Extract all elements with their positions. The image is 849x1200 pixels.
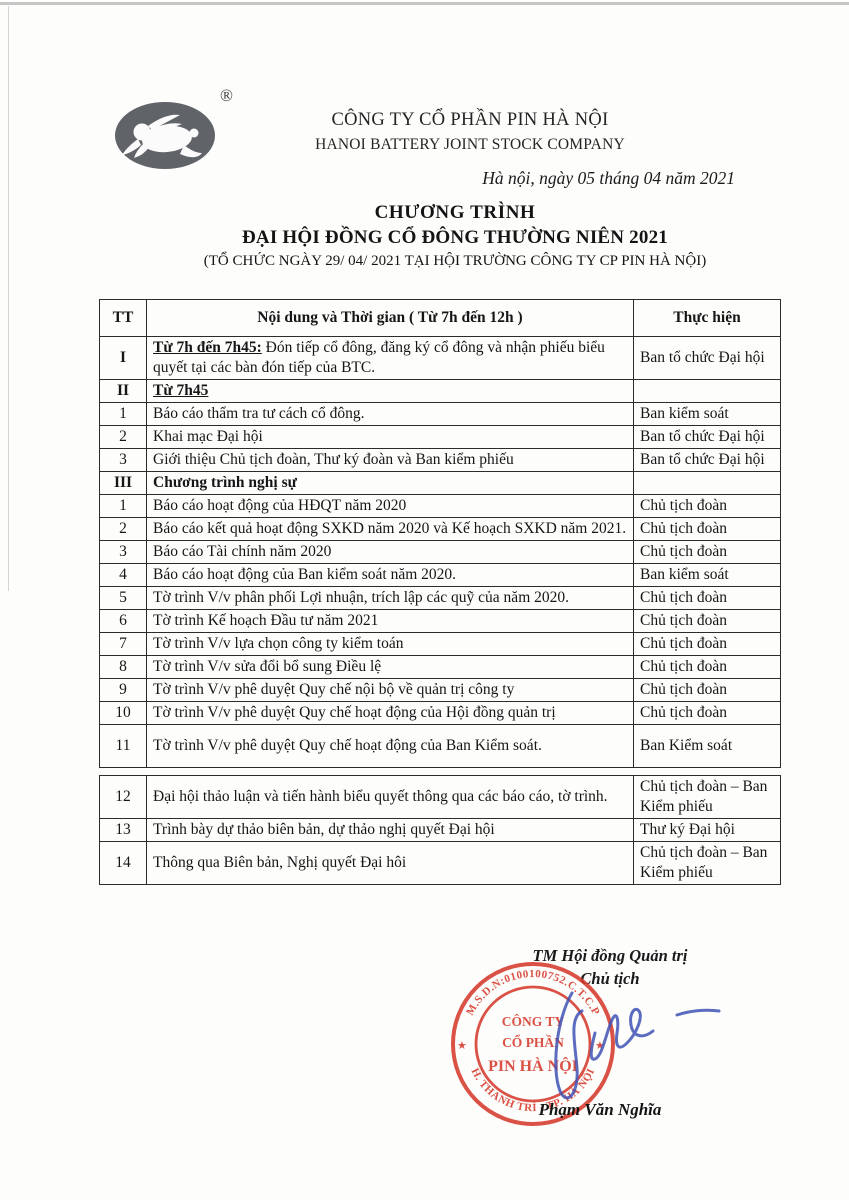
header-content: Nội dung và Thời gian ( Từ 7h đến 12h ) — [147, 300, 634, 337]
row-index: 6 — [100, 610, 147, 633]
row-executor: Ban tổ chức Đại hội — [634, 337, 781, 380]
scanned-document-page: ® CÔNG TY CỔ PHẦN PIN HÀ NỘI HANOI BATTE… — [0, 0, 849, 1200]
row-index: 10 — [100, 702, 147, 725]
row-executor — [634, 472, 781, 495]
agenda-table-body-1: ITừ 7h đến 7h45: Đón tiếp cổ đông, đăng … — [100, 337, 781, 768]
row-index: 3 — [100, 449, 147, 472]
row-index: 12 — [100, 776, 147, 819]
table-row: 8Tờ trình V/v sửa đổi bổ sung Điều lệChủ… — [100, 656, 781, 679]
table-row: 2Báo cáo kết quả hoạt động SXKD năm 2020… — [100, 518, 781, 541]
row-index: 13 — [100, 819, 147, 842]
row-content: Từ 7h đến 7h45: Đón tiếp cổ đông, đăng k… — [147, 337, 634, 380]
table-row: 3Giới thiệu Chủ tịch đoàn, Thư ký đoàn v… — [100, 449, 781, 472]
agenda-table-segment-2: 12Đại hội thảo luận và tiến hành biểu qu… — [99, 775, 781, 885]
row-executor: Ban kiểm soát — [634, 564, 781, 587]
company-name-english: HANOI BATTERY JOINT STOCK COMPANY — [250, 136, 690, 154]
row-content: Thông qua Biên bản, Nghị quyết Đại hôi — [147, 842, 634, 885]
rabbit-logo-icon — [114, 101, 216, 170]
table-header-row: TT Nội dung và Thời gian ( Từ 7h đến 12h… — [100, 300, 781, 337]
row-index: 9 — [100, 679, 147, 702]
row-index: 3 — [100, 541, 147, 564]
table-row: 14Thông qua Biên bản, Nghị quyết Đại hôi… — [100, 842, 781, 885]
row-content: Báo cáo kết quả hoạt động SXKD năm 2020 … — [147, 518, 634, 541]
row-executor: Chủ tịch đoàn — [634, 656, 781, 679]
row-index: 2 — [100, 518, 147, 541]
agenda-table: TT Nội dung và Thời gian ( Từ 7h đến 12h… — [99, 299, 783, 885]
table-row: 11Tờ trình V/v phê duyệt Quy chế hoạt độ… — [100, 725, 781, 768]
row-executor: Chủ tịch đoàn – Ban Kiểm phiếu — [634, 776, 781, 819]
row-executor: Ban tổ chức Đại hội — [634, 426, 781, 449]
table-row: IIIChương trình nghị sự — [100, 472, 781, 495]
row-executor: Ban Kiểm soát — [634, 725, 781, 768]
row-index: II — [100, 380, 147, 403]
table-row: 1Báo cáo thẩm tra tư cách cổ đông.Ban ki… — [100, 403, 781, 426]
row-content: Đại hội thảo luận và tiến hành biểu quyế… — [147, 776, 634, 819]
row-content: Tờ trình Kế hoạch Đầu tư năm 2021 — [147, 610, 634, 633]
document-date-line: Hà nội, ngày 05 tháng 04 năm 2021 — [420, 168, 735, 189]
signer-name: Phạm Văn Nghĩa — [450, 1100, 750, 1120]
row-executor: Chủ tịch đoàn — [634, 610, 781, 633]
table-row: 7Tờ trình V/v lựa chọn công ty kiểm toán… — [100, 633, 781, 656]
row-executor: Chủ tịch đoàn — [634, 495, 781, 518]
document-title-block: CHƯƠNG TRÌNH ĐẠI HỘI ĐỒNG CỔ ĐÔNG THƯỜNG… — [50, 202, 849, 270]
title-program: CHƯƠNG TRÌNH — [50, 202, 849, 224]
row-content: Giới thiệu Chủ tịch đoàn, Thư ký đoàn và… — [147, 449, 634, 472]
scan-artifact-left-line — [8, 6, 9, 591]
row-executor: Chủ tịch đoàn — [634, 633, 781, 656]
row-index: I — [100, 337, 147, 380]
row-content: Tờ trình V/v phê duyệt Quy chế hoạt động… — [147, 725, 634, 768]
row-executor: Thư ký Đại hội — [634, 819, 781, 842]
table-row: 12Đại hội thảo luận và tiến hành biểu qu… — [100, 776, 781, 819]
agenda-table-segment-1: TT Nội dung và Thời gian ( Từ 7h đến 12h… — [99, 299, 781, 768]
table-row: 10Tờ trình V/v phê duyệt Quy chế hoạt độ… — [100, 702, 781, 725]
row-executor: Chủ tịch đoàn — [634, 518, 781, 541]
handwritten-signature-icon — [527, 973, 742, 1108]
row-index: 2 — [100, 426, 147, 449]
table-row: 5Tờ trình V/v phân phối Lợi nhuận, trích… — [100, 587, 781, 610]
row-executor: Chủ tịch đoàn — [634, 541, 781, 564]
table-row: 1Báo cáo hoạt động của HĐQT năm 2020Chủ … — [100, 495, 781, 518]
row-index: 1 — [100, 403, 147, 426]
table-row: 9Tờ trình V/v phê duyệt Quy chế nội bộ v… — [100, 679, 781, 702]
row-content: Từ 7h45 — [147, 380, 634, 403]
row-index: 5 — [100, 587, 147, 610]
registered-trademark-icon: ® — [220, 86, 233, 106]
row-content: Khai mạc Đại hội — [147, 426, 634, 449]
row-index: 4 — [100, 564, 147, 587]
row-content: Chương trình nghị sự — [147, 472, 634, 495]
row-executor: Ban kiểm soát — [634, 403, 781, 426]
row-executor: Chủ tịch đoàn — [634, 702, 781, 725]
row-index: 7 — [100, 633, 147, 656]
table-row: 4Báo cáo hoạt động của Ban kiểm soát năm… — [100, 564, 781, 587]
row-content: Báo cáo hoạt động của Ban kiểm soát năm … — [147, 564, 634, 587]
row-content: Trình bày dự thảo biên bản, dự thảo nghị… — [147, 819, 634, 842]
table-row: ITừ 7h đến 7h45: Đón tiếp cổ đông, đăng … — [100, 337, 781, 380]
title-venue: (TỔ CHỨC NGÀY 29/ 04/ 2021 TẠI HỘI TRƯỜN… — [50, 253, 849, 270]
row-executor: Chủ tịch đoàn – Ban Kiểm phiếu — [634, 842, 781, 885]
row-executor: Chủ tịch đoàn — [634, 587, 781, 610]
scan-artifact-top-line — [0, 2, 849, 5]
row-content: Tờ trình V/v lựa chọn công ty kiểm toán — [147, 633, 634, 656]
row-content: Tờ trình V/v phê duyệt Quy chế nội bộ về… — [147, 679, 634, 702]
header-tt: TT — [100, 300, 147, 337]
stamp-star-left-icon: ★ — [457, 1040, 467, 1052]
title-meeting: ĐẠI HỘI ĐỒNG CỔ ĐÔNG THƯỜNG NIÊN 2021 — [50, 227, 849, 249]
row-executor: Ban tổ chức Đại hội — [634, 449, 781, 472]
row-index: 14 — [100, 842, 147, 885]
header-executor: Thực hiện — [634, 300, 781, 337]
agenda-table-body-2: 12Đại hội thảo luận và tiến hành biểu qu… — [100, 776, 781, 885]
row-index: III — [100, 472, 147, 495]
row-content: Tờ trình V/v sửa đổi bổ sung Điều lệ — [147, 656, 634, 679]
row-index: 11 — [100, 725, 147, 768]
row-index: 1 — [100, 495, 147, 518]
row-content: Báo cáo hoạt động của HĐQT năm 2020 — [147, 495, 634, 518]
table-row: 3Báo cáo Tài chính năm 2020Chủ tịch đoàn — [100, 541, 781, 564]
row-content: Tờ trình V/v phân phối Lợi nhuận, trích … — [147, 587, 634, 610]
row-content: Tờ trình V/v phê duyệt Quy chế hoạt động… — [147, 702, 634, 725]
row-index: 8 — [100, 656, 147, 679]
row-executor: Chủ tịch đoàn — [634, 679, 781, 702]
row-executor — [634, 380, 781, 403]
table-row: IITừ 7h45 — [100, 380, 781, 403]
company-name-vietnamese: CÔNG TY CỔ PHẦN PIN HÀ NỘI — [250, 110, 690, 131]
table-row: 6Tờ trình Kế hoạch Đầu tư năm 2021Chủ tị… — [100, 610, 781, 633]
row-content: Báo cáo Tài chính năm 2020 — [147, 541, 634, 564]
table-row: 13Trình bày dự thảo biên bản, dự thảo ng… — [100, 819, 781, 842]
row-content: Báo cáo thẩm tra tư cách cổ đông. — [147, 403, 634, 426]
company-header: CÔNG TY CỔ PHẦN PIN HÀ NỘI HANOI BATTERY… — [250, 110, 690, 154]
table-row: 2Khai mạc Đại hộiBan tổ chức Đại hội — [100, 426, 781, 449]
